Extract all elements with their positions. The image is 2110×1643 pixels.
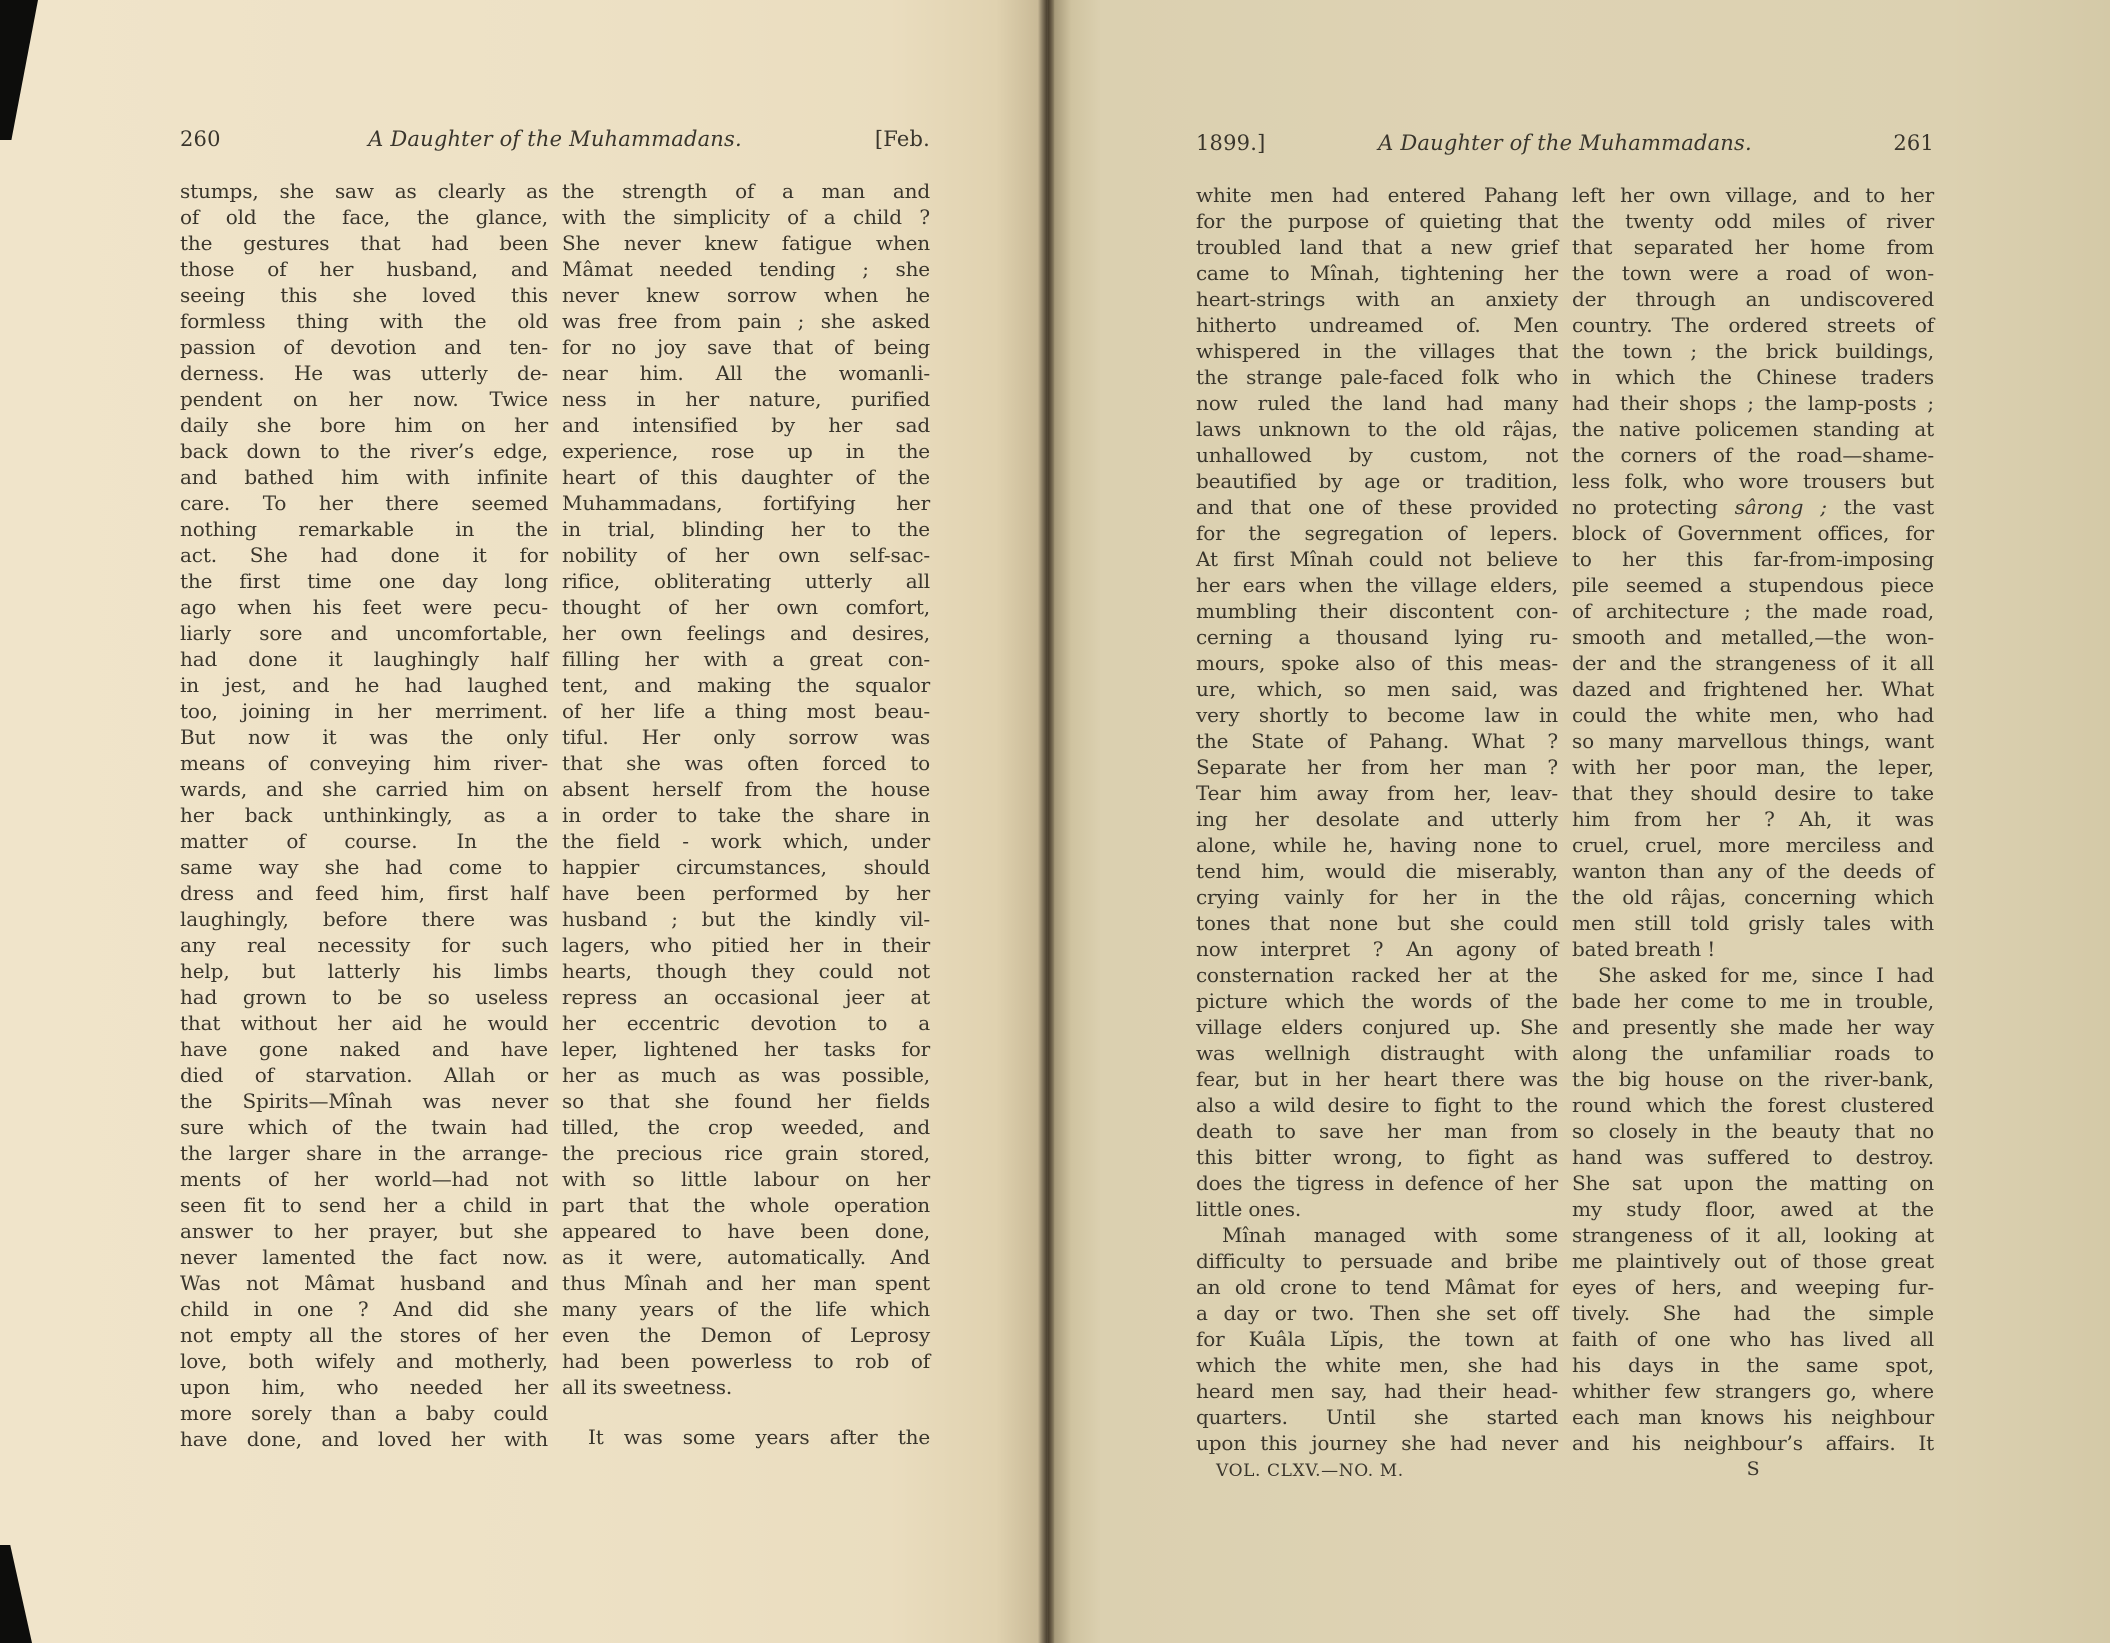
text-line: with her poor man, the leper, — [1572, 754, 1934, 780]
text-line: have gone naked and have — [180, 1036, 548, 1062]
text-line: back down to the river’s edge, — [180, 438, 548, 464]
text-line: ago when his feet were pecu- — [180, 594, 548, 620]
text-line: a day or two. Then she set off — [1196, 1300, 1558, 1326]
text-line: same way she had come to — [180, 854, 548, 880]
text-line: bated breath ! — [1572, 936, 1934, 962]
text-line: hitherto undreamed of. Men — [1196, 312, 1558, 338]
text-line: der through an undiscovered — [1572, 286, 1934, 312]
text-line: troubled land that a new grief — [1196, 234, 1558, 260]
text-line: of her life a thing most beau- — [562, 698, 930, 724]
text-line: and his neighbour’s affairs. It — [1572, 1430, 1934, 1456]
text-line: pile seemed a stupendous piece — [1572, 572, 1934, 598]
text-line: could the white men, who had — [1572, 702, 1934, 728]
text-line: the native policemen standing at — [1572, 416, 1934, 442]
text-line: seen fit to send her a child in — [180, 1192, 548, 1218]
text-line: quarters. Until she started — [1196, 1404, 1558, 1430]
text-line: the gestures that had been — [180, 230, 548, 256]
text-line: smooth and metalled,—the won- — [1572, 624, 1934, 650]
text-line: for the purpose of quieting that — [1196, 208, 1558, 234]
text-line: consternation racked her at the — [1196, 962, 1558, 988]
text-line: thought of her own comfort, — [562, 594, 930, 620]
text-line: white men had entered Pahang — [1196, 182, 1558, 208]
text-line: bade her come to me in trouble, — [1572, 988, 1934, 1014]
text-line: laws unknown to the old râjas, — [1196, 416, 1558, 442]
text-line: with so little labour on her — [562, 1166, 930, 1192]
text-line: that they should desire to take — [1572, 780, 1934, 806]
volume-footer: VOL. CLXV.—NO. M. — [1196, 1456, 1558, 1484]
text-line: wanton than any of the deeds of — [1572, 858, 1934, 884]
running-header-right: 1899.] A Daughter of the Muhammadans. 26… — [1196, 130, 1934, 156]
page-left: 260 A Daughter of the Muhammadans. [Feb.… — [0, 0, 1048, 1643]
text-line: had grown to be so useless — [180, 984, 548, 1010]
text-line: was free from pain ; she asked — [562, 308, 930, 334]
text-line: her ears when the village elders, — [1196, 572, 1558, 598]
running-title-right: A Daughter of the Muhammadans. — [1378, 130, 1752, 156]
text-line: for no joy save that of being — [562, 334, 930, 360]
page-number-right: 261 — [1893, 130, 1934, 156]
page-right-content: 1899.] A Daughter of the Muhammadans. 26… — [1196, 130, 1934, 1484]
text-line: faith of one who has lived all — [1572, 1326, 1934, 1352]
text-line: dazed and frightened her. What — [1572, 676, 1934, 702]
text-line: never knew sorrow when he — [562, 282, 930, 308]
text-line: child in one ? And did she — [180, 1296, 548, 1322]
text-line: wards, and she carried him on — [180, 776, 548, 802]
text-line: matter of course. In the — [180, 828, 548, 854]
text-line: those of her husband, and — [180, 256, 548, 282]
text-line: was wellnigh distraught with — [1196, 1040, 1558, 1066]
text-line: village elders conjured up. She — [1196, 1014, 1558, 1040]
text-line: filling her with a great con- — [562, 646, 930, 672]
text-line: tones that none but she could — [1196, 910, 1558, 936]
text-line: as it were, automatically. And — [562, 1244, 930, 1270]
issue-date-right: 1899.] — [1196, 130, 1266, 156]
text-line: hand was suffered to destroy. — [1572, 1144, 1934, 1170]
text-line: his days in the same spot, — [1572, 1352, 1934, 1378]
text-line: ing her desolate and utterly — [1196, 806, 1558, 832]
text-line: dress and feed him, first half — [180, 880, 548, 906]
text-line: stumps, she saw as clearly as — [180, 178, 548, 204]
text-line: the old râjas, concerning which — [1572, 884, 1934, 910]
text-line: this bitter wrong, to fight as — [1196, 1144, 1558, 1170]
text-line: and presently she made her way — [1572, 1014, 1934, 1040]
text-line: whispered in the villages that — [1196, 338, 1558, 364]
text-line: the twenty odd miles of river — [1572, 208, 1934, 234]
text-line: answer to her prayer, but she — [180, 1218, 548, 1244]
text-line: the strength of a man and — [562, 178, 930, 204]
text-line: leper, lightened her tasks for — [562, 1036, 930, 1062]
text-line: experience, rose up in the — [562, 438, 930, 464]
text-line: act. She had done it for — [180, 542, 548, 568]
book-spread: 260 A Daughter of the Muhammadans. [Feb.… — [0, 0, 2110, 1643]
text-line: more sorely than a baby could — [180, 1400, 548, 1426]
text-line: round which the forest clustered — [1572, 1092, 1934, 1118]
text-line: derness. He was utterly de- — [180, 360, 548, 386]
text-line: the Spirits—Mînah was never — [180, 1088, 548, 1114]
text-line: and bathed him with infinite — [180, 464, 548, 490]
text-columns-left: stumps, she saw as clearly asof old the … — [180, 178, 930, 1452]
text-line: little ones. — [1196, 1196, 1558, 1222]
text-line: unhallowed by custom, not — [1196, 442, 1558, 468]
text-line: and that one of these provided — [1196, 494, 1558, 520]
text-line: each man knows his neighbour — [1572, 1404, 1934, 1430]
text-line: the town ; the brick buildings, — [1572, 338, 1934, 364]
text-line: for Kuâla Lĭpis, the town at — [1196, 1326, 1558, 1352]
text-line: fear, but in her heart there was — [1196, 1066, 1558, 1092]
text-line: formless thing with the old — [180, 308, 548, 334]
page-number-left: 260 — [180, 126, 221, 152]
text-line: the first time one day long — [180, 568, 548, 594]
text-line: had their shops ; the lamp-posts ; — [1572, 390, 1934, 416]
text-line: ments of her world—had not — [180, 1166, 548, 1192]
text-line: came to Mînah, tightening her — [1196, 260, 1558, 286]
text-line: less folk, who wore trousers but — [1572, 468, 1934, 494]
text-line: even the Demon of Leprosy — [562, 1322, 930, 1348]
text-line: tent, and making the squalor — [562, 672, 930, 698]
text-line: It was some years after the — [562, 1424, 930, 1450]
text-line: mours, spoke also of this meas- — [1196, 650, 1558, 676]
text-line: me plaintively out of those great — [1572, 1248, 1934, 1274]
text-line: She sat upon the matting on — [1572, 1170, 1934, 1196]
text-line: repress an occasional jeer at — [562, 984, 930, 1010]
text-line: died of starvation. Allah or — [180, 1062, 548, 1088]
text-line: have been performed by her — [562, 880, 930, 906]
text-line: cerning a thousand lying ru- — [1196, 624, 1558, 650]
text-line: the precious rice grain stored, — [562, 1140, 930, 1166]
text-line: der and the strangeness of it all — [1572, 650, 1934, 676]
text-line: my study floor, awed at the — [1572, 1196, 1934, 1222]
text-line: her as much as was possible, — [562, 1062, 930, 1088]
text-column-3: white men had entered Pahangfor the purp… — [1196, 182, 1558, 1484]
text-line: in jest, and he had laughed — [180, 672, 548, 698]
text-line: the corners of the road—shame- — [1572, 442, 1934, 468]
text-line: her back unthinkingly, as a — [180, 802, 548, 828]
text-line: Was not Mâmat husband and — [180, 1270, 548, 1296]
text-line: sure which of the twain had — [180, 1114, 548, 1140]
page-left-content: 260 A Daughter of the Muhammadans. [Feb.… — [180, 126, 930, 1452]
text-line: seeing this she loved this — [180, 282, 548, 308]
text-line: means of conveying him river- — [180, 750, 548, 776]
text-line: pendent on her now. Twice — [180, 386, 548, 412]
text-line: in order to take the share in — [562, 802, 930, 828]
signature-mark: S — [1572, 1456, 1934, 1482]
text-line: death to save her man from — [1196, 1118, 1558, 1144]
text-line: that separated her home from — [1572, 234, 1934, 260]
book-spine-shadow — [1038, 0, 1054, 1643]
text-line: upon him, who needed her — [180, 1374, 548, 1400]
text-line: in trial, blinding her to the — [562, 516, 930, 542]
running-header-left: 260 A Daughter of the Muhammadans. [Feb. — [180, 126, 930, 152]
text-line: But now it was the only — [180, 724, 548, 750]
text-line: ness in her nature, purified — [562, 386, 930, 412]
text-line: in which the Chinese traders — [1572, 364, 1934, 390]
text-line: of architecture ; the made road, — [1572, 598, 1934, 624]
text-line: rifice, obliterating utterly all — [562, 568, 930, 594]
text-line: picture which the words of the — [1196, 988, 1558, 1014]
text-line: an old crone to tend Mâmat for — [1196, 1274, 1558, 1300]
page-right: 1899.] A Daughter of the Muhammadans. 26… — [1048, 0, 2110, 1643]
text-line: husband ; but the kindly vil- — [562, 906, 930, 932]
text-line: hearts, though they could not — [562, 958, 930, 984]
text-columns-right: white men had entered Pahangfor the purp… — [1196, 182, 1934, 1484]
text-line: her own feelings and desires, — [562, 620, 930, 646]
text-line: not empty all the stores of her — [180, 1322, 548, 1348]
text-line: never lamented the fact now. — [180, 1244, 548, 1270]
text-line: beautified by age or tradition, — [1196, 468, 1558, 494]
text-line: Mînah managed with some — [1196, 1222, 1558, 1248]
text-line: now interpret ? An agony of — [1196, 936, 1558, 962]
text-line: Tear him away from her, leav- — [1196, 780, 1558, 806]
text-line: strangeness of it all, looking at — [1572, 1222, 1934, 1248]
text-line: tiful. Her only sorrow was — [562, 724, 930, 750]
text-line: absent herself from the house — [562, 776, 930, 802]
text-line: the State of Pahang. What ? — [1196, 728, 1558, 754]
text-line: heart-strings with an anxiety — [1196, 286, 1558, 312]
text-line: along the unfamiliar roads to — [1572, 1040, 1934, 1066]
text-line: tend him, would die miserably, — [1196, 858, 1558, 884]
text-line: many years of the life which — [562, 1296, 930, 1322]
text-line: Mâmat needed tending ; she — [562, 256, 930, 282]
text-line: nothing remarkable in the — [180, 516, 548, 542]
text-line: heart of this daughter of the — [562, 464, 930, 490]
text-line: does the tigress in defence of her — [1196, 1170, 1558, 1196]
text-line: all its sweetness. — [562, 1374, 930, 1400]
text-line: that without her aid he would — [180, 1010, 548, 1036]
text-line: upon this journey she had never — [1196, 1430, 1558, 1456]
text-line: eyes of hers, and weeping fur- — [1572, 1274, 1934, 1300]
text-line: have done, and loved her with — [180, 1426, 548, 1452]
text-line: any real necessity for such — [180, 932, 548, 958]
text-line: difficulty to persuade and bribe — [1196, 1248, 1558, 1274]
text-line: Muhammadans, fortifying her — [562, 490, 930, 516]
text-line: mumbling their discontent con- — [1196, 598, 1558, 624]
text-line: the big house on the river-bank, — [1572, 1066, 1934, 1092]
text-line: heard men say, had their head- — [1196, 1378, 1558, 1404]
text-line: that she was often forced to — [562, 750, 930, 776]
text-line: too, joining in her merriment. — [180, 698, 548, 724]
text-line: She never knew fatigue when — [562, 230, 930, 256]
text-line: liarly sore and uncomfortable, — [180, 620, 548, 646]
text-line: him from her ? Ah, it was — [1572, 806, 1934, 832]
text-line: country. The ordered streets of — [1572, 312, 1934, 338]
text-line: of old the face, the glance, — [180, 204, 548, 230]
text-line: now ruled the land had many — [1196, 390, 1558, 416]
text-line: which the white men, she had — [1196, 1352, 1558, 1378]
text-column-4: left her own village, and to herthe twen… — [1572, 182, 1934, 1484]
text-line: whither few strangers go, where — [1572, 1378, 1934, 1404]
text-line: ure, which, so men said, was — [1196, 676, 1558, 702]
text-line: At first Mînah could not believe — [1196, 546, 1558, 572]
text-line: so closely in the beauty that no — [1572, 1118, 1934, 1144]
text-line: had been powerless to rob of — [562, 1348, 930, 1374]
text-line: part that the whole operation — [562, 1192, 930, 1218]
text-line: also a wild desire to fight to the — [1196, 1092, 1558, 1118]
text-line: Separate her from her man ? — [1196, 754, 1558, 780]
text-line: the field - work which, under — [562, 828, 930, 854]
text-line: very shortly to become law in — [1196, 702, 1558, 728]
text-line: thus Mînah and her man spent — [562, 1270, 930, 1296]
text-line: so many marvellous things, want — [1572, 728, 1934, 754]
text-line: tilled, the crop weeded, and — [562, 1114, 930, 1140]
text-column-1: stumps, she saw as clearly asof old the … — [180, 178, 548, 1452]
text-line: to her this far-from-imposing — [1572, 546, 1934, 572]
text-line: no protecting sârong ; the vast — [1572, 494, 1934, 520]
text-line: and intensified by her sad — [562, 412, 930, 438]
text-line: help, but latterly his limbs — [180, 958, 548, 984]
text-line: She asked for me, since I had — [1572, 962, 1934, 988]
text-line: crying vainly for her in the — [1196, 884, 1558, 910]
text-line: laughingly, before there was — [180, 906, 548, 932]
text-line: the larger share in the arrange- — [180, 1140, 548, 1166]
text-line: block of Government offices, for — [1572, 520, 1934, 546]
text-line: men still told grisly tales with — [1572, 910, 1934, 936]
text-column-2: the strength of a man andwith the simpli… — [562, 178, 930, 1452]
text-line: appeared to have been done, — [562, 1218, 930, 1244]
text-line: daily she bore him on her — [180, 412, 548, 438]
text-line: love, both wifely and motherly, — [180, 1348, 548, 1374]
text-line: her eccentric devotion to a — [562, 1010, 930, 1036]
text-line: lagers, who pitied her in their — [562, 932, 930, 958]
text-line: left her own village, and to her — [1572, 182, 1934, 208]
text-line: happier circumstances, should — [562, 854, 930, 880]
issue-date-left: [Feb. — [875, 126, 930, 152]
text-line: tively. She had the simple — [1572, 1300, 1934, 1326]
text-line: for the segregation of lepers. — [1196, 520, 1558, 546]
text-line: care. To her there seemed — [180, 490, 548, 516]
text-line: cruel, cruel, more merciless and — [1572, 832, 1934, 858]
text-line: so that she found her fields — [562, 1088, 930, 1114]
text-line: passion of devotion and ten- — [180, 334, 548, 360]
text-line: the town were a road of won- — [1572, 260, 1934, 286]
running-title-left: A Daughter of the Muhammadans. — [368, 126, 742, 152]
text-line: had done it laughingly half — [180, 646, 548, 672]
text-line: the strange pale-faced folk who — [1196, 364, 1558, 390]
text-line: nobility of her own self-sac- — [562, 542, 930, 568]
text-line: alone, while he, having none to — [1196, 832, 1558, 858]
text-line: with the simplicity of a child ? — [562, 204, 930, 230]
text-line: near him. All the womanli- — [562, 360, 930, 386]
